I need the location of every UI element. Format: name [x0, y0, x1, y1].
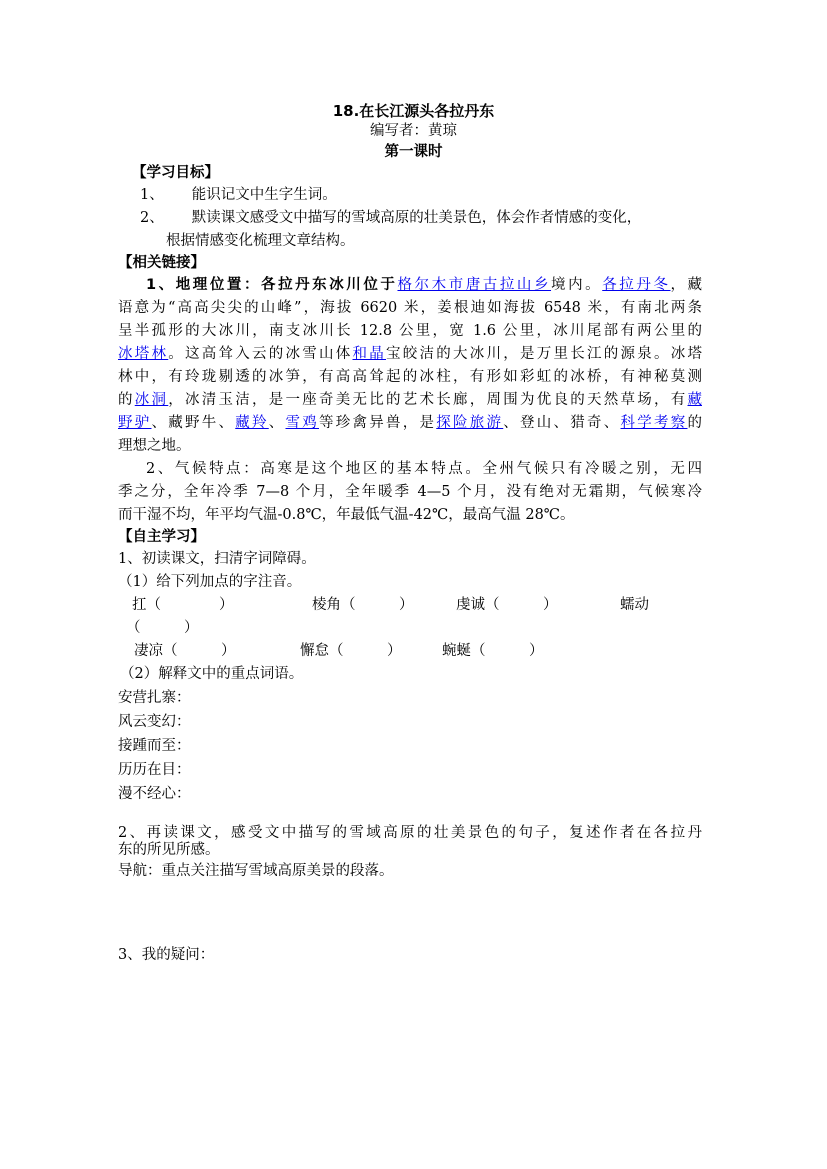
link-tibetan-wild-ass-2[interactable]: 野驴: [118, 415, 152, 431]
text: ，冰清玉洁，是一座奇美无比的艺术长廊，周围为优良的天然草场，有: [168, 392, 687, 408]
geo-line-3: 呈半孤形的大冰川，南支冰川长 12.8 公里，宽 1.6 公里，冰川尾部有两公里…: [118, 321, 702, 341]
goal-num: 1、: [140, 187, 164, 203]
geo-line-8: 理想之地。: [118, 436, 191, 456]
text: 的: [118, 392, 135, 408]
term-item: 历历在目：: [118, 760, 191, 780]
pinyin-item: 蜿蜒（ ）: [442, 641, 544, 661]
geo-label: 1、地理位置：各拉丹东冰川位于: [146, 277, 397, 293]
term-item: 漫不经心：: [118, 784, 191, 804]
goals-heading: 【学习目标】: [132, 163, 219, 183]
climate-line-1: 2、气候特点：高寒是这个地区的基本特点。全州气候只有冷暖之别，无四: [146, 459, 702, 479]
text: ，藏: [670, 277, 702, 293]
term-item: 风云变幻：: [118, 712, 191, 732]
goal-item-1: 1、能识记文中生字生词。: [140, 185, 337, 205]
geo-line-5: 林中，有玲珑剔透的冰笋，有高高耸起的冰柱，有形如彩虹的冰桥，有神秘莫测: [118, 367, 702, 387]
links-heading: 【相关链接】: [118, 253, 205, 273]
lesson-label: 第一课时: [0, 142, 827, 162]
pinyin-item: 蠕动: [620, 595, 649, 615]
goal-text: 默读课文感受文中描写的雪域高原的壮美景色，体会作者情感的变化，: [192, 210, 642, 226]
goal-num: 2、: [140, 210, 164, 226]
geo-line-4: 冰塔林。这高耸入云的冰雪山体和晶宝皎洁的大冰川，是万里长江的源泉。冰塔: [118, 344, 702, 364]
pinyin-blank: （ ）: [126, 618, 199, 638]
pinyin-item: 虔诚（ ）: [456, 595, 558, 615]
geo-line-6: 的冰洞，冰清玉洁，是一座奇美无比的艺术长廊，周围为优良的天然草场，有藏: [118, 390, 702, 410]
self-study-heading: 【自主学习】: [118, 527, 205, 547]
climate-line-2: 季之分，全年冷季 7—8 个月，全年暖季 4—5 个月，没有绝对无霜期，气候寒冷: [118, 482, 702, 502]
document-page: 18.在长江源头各拉丹东 编写者：黄琼 第一课时 【学习目标】 1、能识记文中生…: [0, 0, 827, 1169]
text: 、登山、猎奇、: [503, 415, 620, 431]
geo-line-2: 语意为“高高尖尖的山峰”，海拔 6620 米，姜根迪如海拔 6548 米，有南北…: [118, 298, 702, 318]
link-ice-tower-forest[interactable]: 冰塔林: [118, 346, 168, 362]
geo-line-7: 野驴、藏野牛、藏羚、雪鸡等珍禽异兽，是探险旅游、登山、猎奇、科学考察的: [118, 413, 702, 433]
term-item: 接踵而至：: [118, 736, 191, 756]
term-item: 安营扎寨：: [118, 688, 191, 708]
question-1-2: （2）解释文中的重点词语。: [120, 664, 303, 684]
text: 宝皎洁的大冰川，是万里长江的源泉。冰塔: [386, 346, 702, 362]
text: 。这高耸入云的冰雪山体: [168, 346, 352, 362]
text: 等珍禽异兽，是: [319, 415, 436, 431]
climate-line-3: 而干湿不均，年平均气温-0.8℃，年最低气温-42℃，最高气温 28℃。: [118, 505, 575, 525]
link-hejing[interactable]: 和晶: [353, 346, 387, 362]
link-ice-cave[interactable]: 冰洞: [135, 392, 169, 408]
pinyin-item: 扛（ ）: [132, 595, 234, 615]
link-geladandong[interactable]: 各拉丹冬: [602, 277, 670, 293]
goal-item-2: 2、默读课文感受文中描写的雪域高原的壮美景色，体会作者情感的变化，: [140, 208, 641, 228]
geo-line-1: 1、地理位置：各拉丹东冰川位于格尔木市唐古拉山乡境内。各拉丹冬，藏: [146, 275, 702, 295]
question-3: 3、我的疑问：: [118, 945, 214, 965]
pinyin-item: 凄凉（ ）: [134, 641, 236, 661]
link-adventure-travel[interactable]: 探险旅游: [436, 415, 503, 431]
pinyin-item: 棱角（ ）: [312, 595, 414, 615]
goal-text: 能识记文中生字生词。: [192, 187, 337, 203]
author-line: 编写者：黄琼: [0, 121, 827, 141]
pinyin-item: 懈怠（ ）: [300, 641, 402, 661]
text: 、藏野牛、: [152, 415, 236, 431]
link-tibetan-wild-ass-1[interactable]: 藏: [688, 392, 703, 408]
question-1: 1、初读课文，扫清字词障碍。: [118, 549, 316, 569]
goal-item-2-cont: 根据情感变化梳理文章结构。: [166, 231, 355, 251]
text: 、: [269, 415, 286, 431]
guide-line: 导航：重点关注描写雪域高原美景的段落。: [118, 861, 394, 881]
link-geermu[interactable]: 格尔木市唐古拉山乡: [397, 277, 551, 293]
link-snow-cock[interactable]: 雪鸡: [286, 415, 320, 431]
question-1-1: （1）给下列加点的字注音。: [118, 572, 301, 592]
link-tibetan-antelope[interactable]: 藏羚: [235, 415, 269, 431]
text: 境内。: [551, 277, 602, 293]
document-title: 18.在长江源头各拉丹东: [0, 101, 827, 121]
text: 的: [688, 415, 703, 431]
question-2-line-2: 东的所见所感。: [118, 840, 220, 860]
link-scientific-expedition[interactable]: 科学考察: [621, 415, 688, 431]
